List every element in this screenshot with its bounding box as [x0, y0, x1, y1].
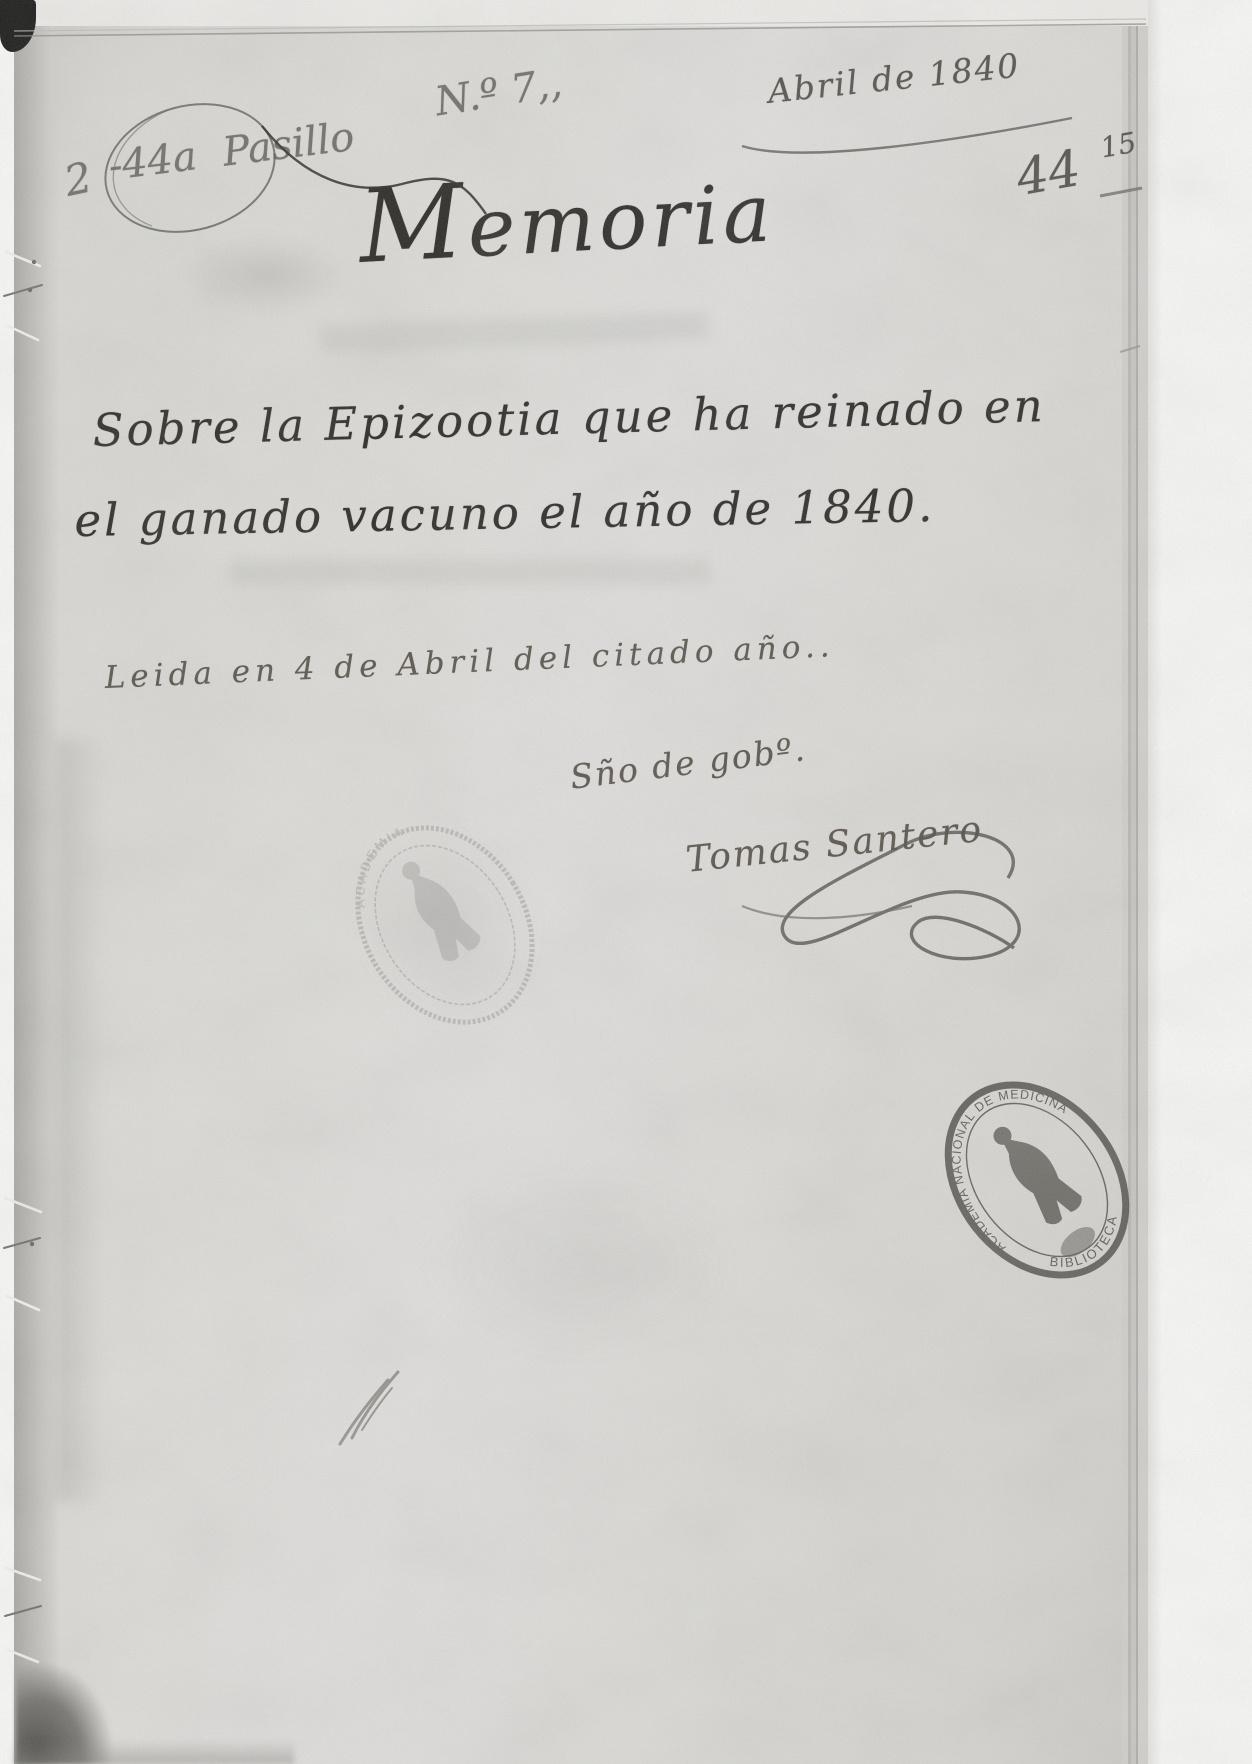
scanned-manuscript-page: 2 -44a Pasillo N.º 7,, Abril de 1840 44 … [0, 0, 1252, 1764]
paper-grain-texture [14, 26, 1148, 1764]
scan-overlay-graphics: ACADEMIA ACADEMIA NACIONAL DE MEDICINA B… [0, 0, 1252, 1764]
